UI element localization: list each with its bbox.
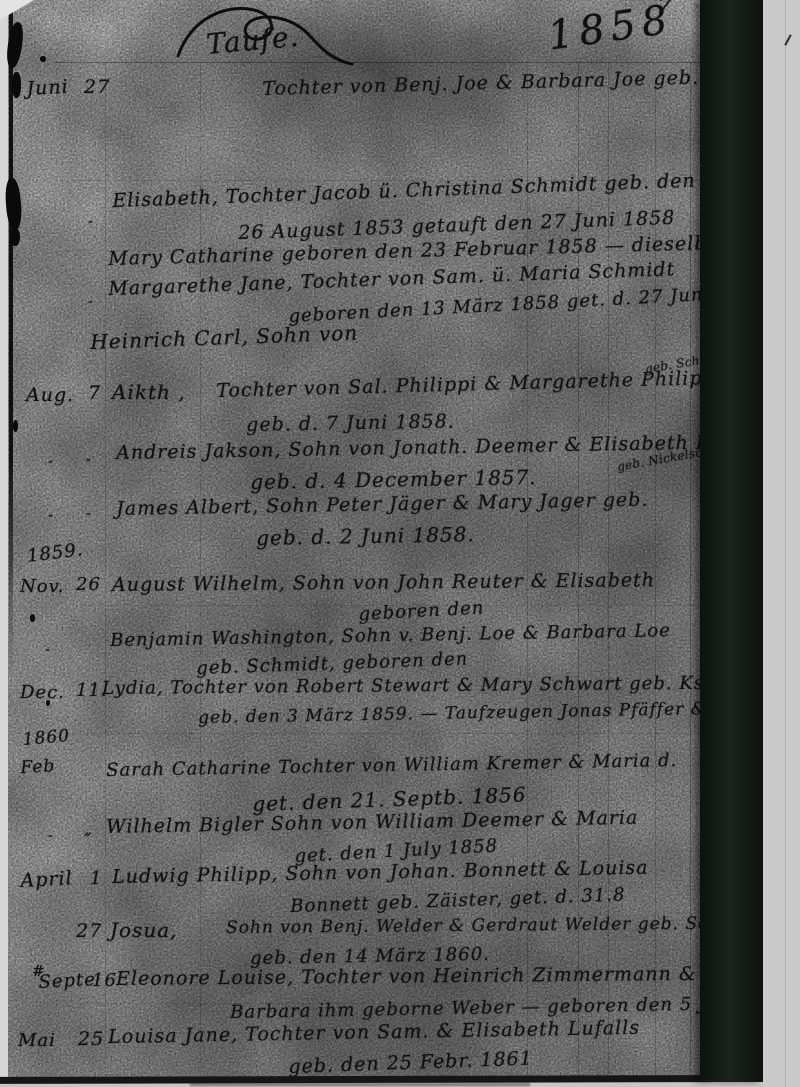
record-line: Louisa Jane, Tochter von Sam. & Elisabet… (108, 1017, 640, 1048)
record-line: geb. d. 7 Juni 1858. (246, 410, 455, 436)
record-line: Heinrich Carl, Sohn von (90, 321, 359, 354)
record-month: Aug. (26, 384, 74, 406)
bottom-smear (190, 1083, 530, 1086)
record-month: Nov. (20, 576, 64, 597)
record-month: Juni (26, 76, 69, 100)
ditto-mark: - (48, 826, 54, 844)
page-number: 7 (655, 0, 673, 20)
toner-speck (13, 420, 18, 432)
record-line: Ludwig Philipp, Sohn von Johan. Bonnett … (112, 857, 649, 888)
scanner-edge-strip (763, 0, 800, 1087)
record-month: Dec. (20, 682, 65, 703)
record-line: Bonnett geb. Zäister, get. d. 31.8 (290, 884, 626, 917)
record-day: 1 (90, 868, 102, 889)
record-line: Josua, (110, 918, 177, 942)
toner-speck (30, 614, 35, 622)
record-line: Sarah Catharine Tochter von William Krem… (106, 750, 677, 781)
left-edge-line (9, 12, 13, 672)
record-line: Tochter von Benj. Joe & Barbara Joe geb.… (262, 65, 769, 100)
toner-speck (46, 700, 50, 706)
register-scan: Taufe. 1858 7 Juni 27 Tochter von Benj. … (0, 0, 800, 1087)
record-line: Sohn von Benj. Welder & Gerdraut Welder … (226, 913, 768, 938)
record-month: April (20, 867, 73, 892)
record-line: August Wilhelm, Sohn von John Reuter & E… (112, 569, 655, 596)
record-line: Wilhelm Bigler Sohn von William Deemer &… (106, 807, 639, 838)
record-day: 7 (88, 382, 101, 404)
record-line: James Albert, Sohn Peter Jäger & Mary Ja… (116, 489, 649, 520)
ditto-mark: - (88, 212, 94, 230)
record-line: geboren den (358, 597, 485, 625)
record-day: 27 (84, 76, 110, 98)
record-day: 25 (78, 1028, 104, 1050)
record-line: Eleonore Louise, Tochter von Heinrich Zi… (116, 963, 697, 990)
toner-speck (12, 72, 21, 98)
ditto-mark: - (45, 640, 51, 658)
record-line: geb. d. 2 Juni 1858. (256, 522, 475, 550)
record-line: geb. den 25 Febr. 1861 (288, 1047, 533, 1078)
ditto-mark: - (88, 292, 94, 310)
grid-vline (200, 62, 201, 1078)
record-line: Aikth , (112, 380, 186, 404)
ditto-mark: - (48, 506, 54, 524)
record-month: Feb (20, 756, 56, 778)
binding-strip (700, 0, 763, 1082)
ditto-mark: - (86, 450, 92, 468)
toner-speck (10, 228, 20, 246)
ditto-mark: - (86, 504, 92, 522)
record-line: Elisabeth, Tochter Jacob ü. Christina Sc… (112, 170, 696, 212)
record-line: geb. d. 4 December 1857. (250, 465, 537, 494)
toner-speck (40, 56, 46, 62)
record-line: Lydia, Tochter von Robert Stewart & Mary… (102, 673, 717, 699)
record-line: Benjamin Washington, Sohn v. Benj. Loe &… (110, 620, 671, 651)
ditto-mark: - (48, 452, 54, 470)
register-page: Taufe. 1858 7 Juni 27 Tochter von Benj. … (0, 0, 705, 1082)
year-marker: 1860 (22, 726, 71, 750)
record-month: Mai (18, 1030, 56, 1051)
page-seam-line (785, 0, 786, 1087)
record-day: 27 (76, 920, 102, 942)
grid-hline (60, 733, 700, 734)
record-month: Septe (38, 969, 96, 993)
ditto-mark: „ (84, 820, 93, 838)
record-day: 26 (76, 574, 101, 595)
record-line: Tochter von Sal. Philippi & Margarethe P… (216, 367, 716, 402)
record-day: 16 (92, 970, 117, 991)
grid-vline (105, 62, 106, 1078)
year-marker: 1859. (26, 539, 85, 567)
left-page-edge (0, 0, 8, 1082)
